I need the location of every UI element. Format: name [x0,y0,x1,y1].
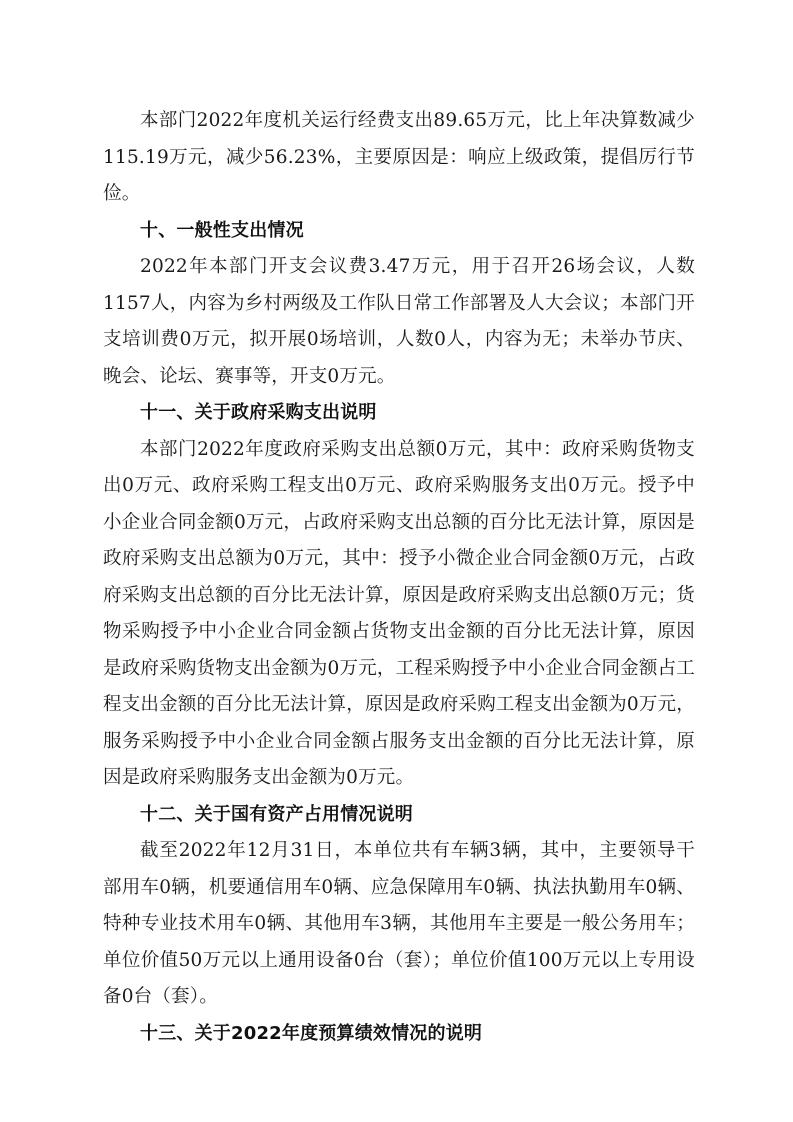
paragraph-operating-expenses: 本部门2022年度机关运行经费支出89.65万元，比上年决算数减少115.19万… [103,103,695,213]
paragraph-state-assets: 截至2022年12月31日，本单位共有车辆3辆，其中，主要领导干部用车0辆，机要… [103,833,695,1016]
document-body: 本部门2022年度机关运行经费支出89.65万元，比上年决算数减少115.19万… [103,103,695,1052]
section-heading-general-expenditure: 十、一般性支出情况 [103,213,695,250]
paragraph-government-procurement: 本部门2022年度政府采购支出总额0万元，其中：政府采购货物支出0万元、政府采购… [103,432,695,797]
paragraph-general-expenditure: 2022年本部门开支会议费3.47万元，用于召开26场会议，人数1157人，内容… [103,249,695,395]
section-heading-budget-performance: 十三、关于2022年度预算绩效情况的说明 [103,1016,695,1053]
section-heading-government-procurement: 十一、关于政府采购支出说明 [103,395,695,432]
section-heading-state-assets: 十二、关于国有资产占用情况说明 [103,797,695,834]
document-page: 本部门2022年度机关运行经费支出89.65万元，比上年决算数减少115.19万… [0,0,793,1122]
